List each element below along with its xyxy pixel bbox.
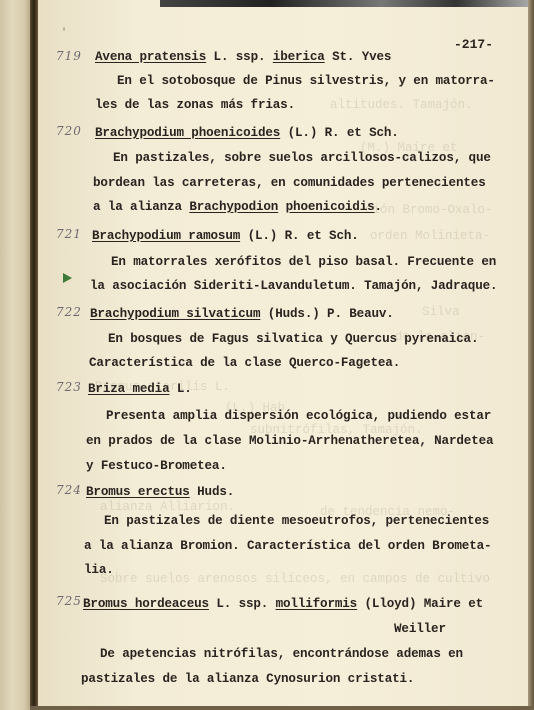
description-line: la asociación Sideriti-Lavanduletum. Tam… <box>90 279 497 293</box>
description-line: En pastizales, sobre suelos arcillosos-c… <box>113 151 491 165</box>
author: (L.) R. et Sch. <box>280 126 399 140</box>
description-line: y Festuco-Brometea. <box>86 459 227 473</box>
pencil-tick-mark: ' <box>61 28 67 39</box>
page-bottom-edge <box>30 706 534 710</box>
green-arrow-marker-icon <box>63 273 72 283</box>
book-spine-left <box>0 0 30 710</box>
description-line: pastizales de la alianza Cynosurion cris… <box>81 672 414 686</box>
species-heading: Bromus hordeaceus L. ssp. molliformis (L… <box>83 597 483 611</box>
species-heading: Bromus erectus Huds. <box>86 485 234 499</box>
author: L. <box>169 382 191 396</box>
entry-number: 720 <box>56 124 82 138</box>
author: St. Yves <box>325 50 392 64</box>
species-heading: Brachypodium phoenicoides (L.) R. et Sch… <box>95 126 399 140</box>
entry-number: 723 <box>56 380 82 394</box>
author: L. ssp. <box>206 50 273 64</box>
alliance-epithet: phoenicoidis <box>286 200 375 214</box>
author-continuation: Weiller <box>394 622 446 636</box>
description-line: En matorrales xerófitos del piso basal. … <box>111 255 496 269</box>
entry-number: 721 <box>56 227 82 241</box>
taxon-name: Brachypodium silvaticum <box>90 307 260 321</box>
taxon-name: Avena pratensis <box>95 50 206 64</box>
page-right-edge <box>528 0 534 710</box>
taxon-name: Bromus hordeaceus <box>83 597 209 611</box>
subspecies-name: molliformis <box>276 597 357 611</box>
bleed-through-text: orden Molinieta- <box>370 229 490 243</box>
bleed-through-text: ción Bromo-Oxalo- <box>365 203 493 217</box>
text-fragment: . <box>375 200 382 214</box>
text-fragment: a la alianza <box>93 200 189 214</box>
description-line: lia. <box>84 563 114 577</box>
description-line: les de las zonas más frias. <box>95 98 295 112</box>
species-heading: Avena pratensis L. ssp. iberica St. Yves <box>95 50 391 64</box>
taxon-name: Briza media <box>88 382 169 396</box>
description-line: En pastizales de diente mesoeutrofos, pe… <box>104 514 489 528</box>
subspecies-name: iberica <box>273 50 325 64</box>
bleed-through-text: Sobre suelos arenosos silíceos, en campo… <box>100 572 490 586</box>
description-line: En el sotobosque de Pinus silvestris, y … <box>117 74 495 88</box>
description-line: En bosques de Fagus silvatica y Quercus … <box>108 332 478 346</box>
species-heading: Briza media L. <box>88 382 192 396</box>
author: L. ssp. <box>209 597 276 611</box>
text-fragment <box>278 200 285 214</box>
bleed-through-text: Silva <box>422 305 460 319</box>
alliance-name: Brachypodion <box>189 200 278 214</box>
author: Huds. <box>190 485 234 499</box>
author: (Lloyd) Maire et <box>357 597 483 611</box>
author: (Huds.) P. Beauv. <box>260 307 393 321</box>
taxon-name: Bromus erectus <box>86 485 190 499</box>
description-line: Presenta amplia dispersión ecológica, pu… <box>106 409 491 423</box>
entry-number: 722 <box>56 305 82 319</box>
description-line: a la alianza Bromion. Característica del… <box>84 539 491 553</box>
entry-number: 719 <box>56 49 82 63</box>
page-number: -217- <box>454 37 493 52</box>
species-heading: Brachypodium silvaticum (Huds.) P. Beauv… <box>90 307 394 321</box>
bleed-through-text: alianza Alliarion. <box>100 500 235 514</box>
book-gutter <box>30 0 38 710</box>
description-line: bordean las carreteras, en comunidades p… <box>93 176 486 190</box>
taxon-name: Brachypodium ramosum <box>92 229 240 243</box>
bleed-through-text: altitudes. Tamajón. <box>330 98 473 112</box>
taxon-name: Brachypodium phoenicoides <box>95 126 280 140</box>
description-line: en prados de la clase Molinio-Arrhenathe… <box>86 434 493 448</box>
species-heading: Brachypodium ramosum (L.) R. et Sch. <box>92 229 359 243</box>
description-line: Característica de la clase Querco-Fagete… <box>89 356 400 370</box>
entry-number: 724 <box>56 483 82 497</box>
description-line: a la alianza Brachypodion phoenicoidis. <box>93 200 382 214</box>
description-line: De apetencias nitrófilas, encontrándose … <box>100 647 463 661</box>
author: (L.) R. et Sch. <box>240 229 359 243</box>
entry-number: 725 <box>56 594 82 608</box>
scan-top-strip <box>160 0 530 7</box>
